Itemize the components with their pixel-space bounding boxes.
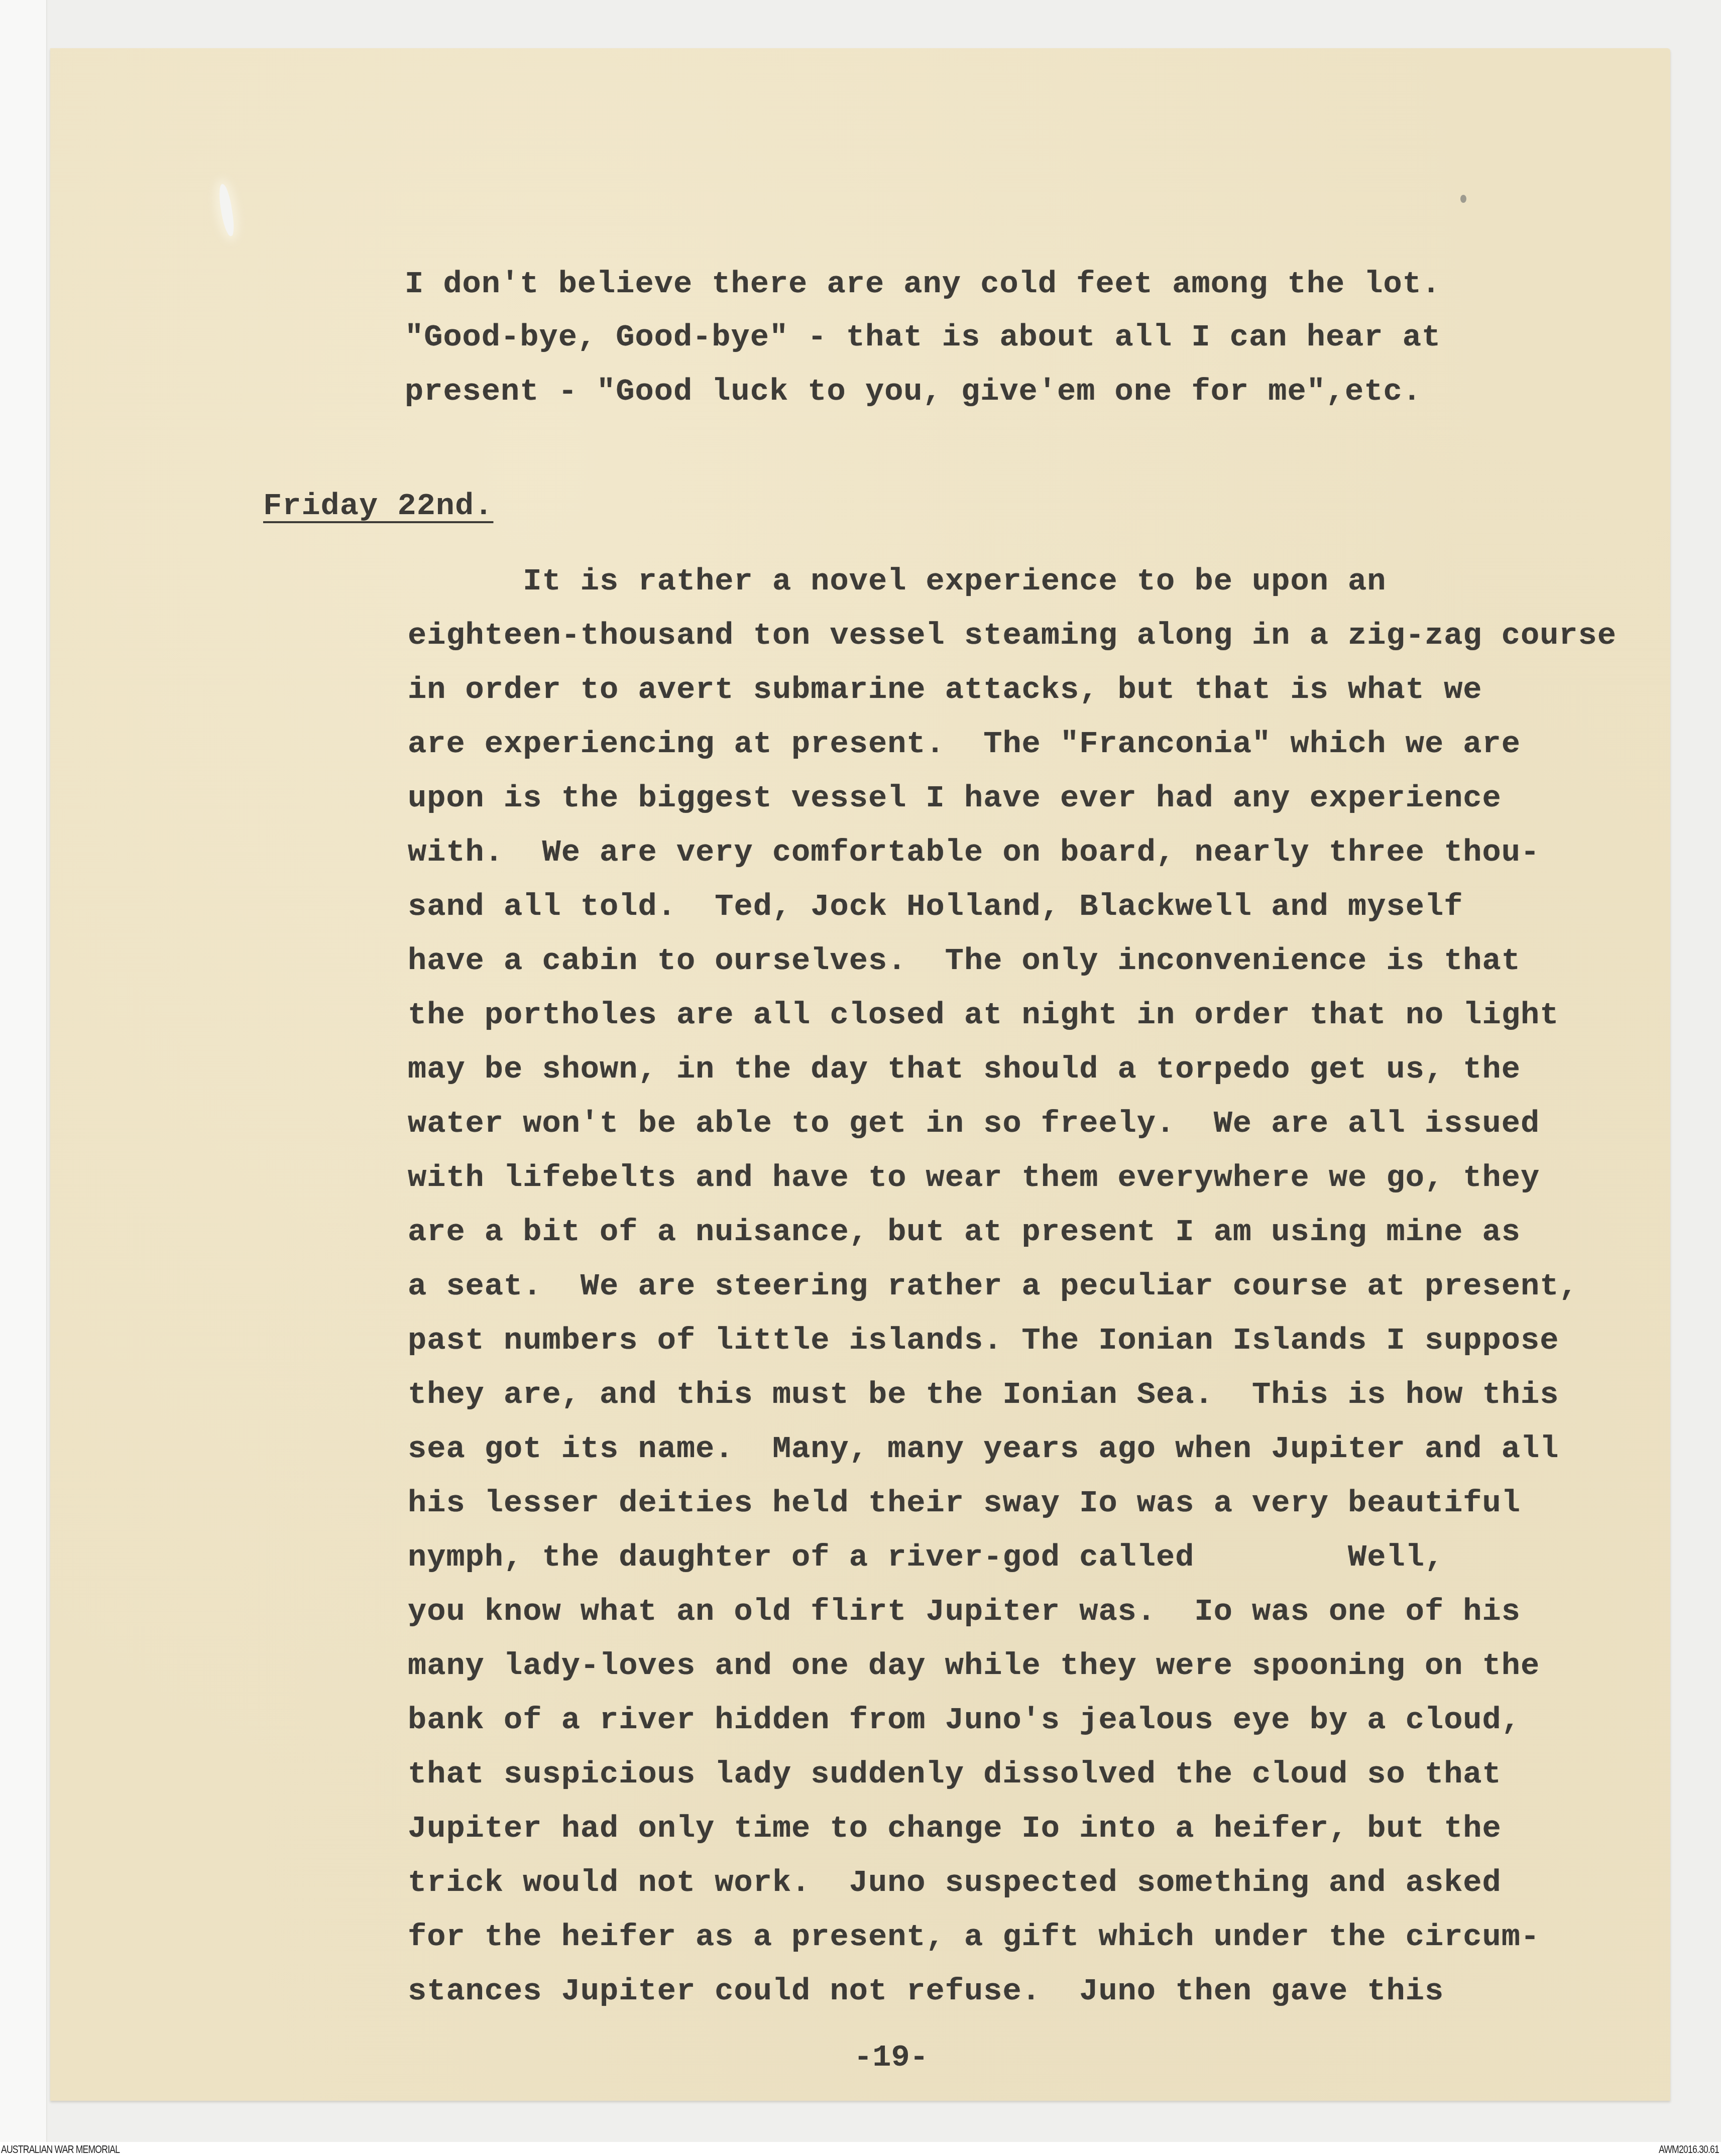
intro-paragraph: I don't believe there are any cold feet … xyxy=(405,266,443,409)
text-line: I don't believe there are any cold feet … xyxy=(405,266,1441,302)
text-line: in order to avert submarine attacks, but… xyxy=(408,672,1482,707)
accession-number: AWM2016.30.61 xyxy=(1659,2143,1719,2156)
text-line: that suspicious lady suddenly dissolved … xyxy=(408,1756,1502,1792)
text-line: with lifebelts and have to wear them eve… xyxy=(408,1160,1540,1195)
text-line: upon is the biggest vessel I have ever h… xyxy=(408,780,1502,816)
text-line: the portholes are all closed at night in… xyxy=(408,997,1559,1033)
text-line: nymph, the daughter of a river-god calle… xyxy=(408,1539,1444,1575)
text-line: they are, and this must be the Ionian Se… xyxy=(408,1377,1559,1412)
text-line: his lesser deities held their sway Io wa… xyxy=(408,1485,1521,1521)
text-line: "Good-bye, Good-bye" - that is about all… xyxy=(405,319,1441,355)
text-line: have a cabin to ourselves. The only inco… xyxy=(408,943,1521,979)
text-line: It is rather a novel experience to be up… xyxy=(408,563,1387,599)
text-line: for the heifer as a present, a gift whic… xyxy=(408,1919,1540,1955)
text-line: eighteen-thousand ton vessel steaming al… xyxy=(408,618,1617,653)
text-line: sand all told. Ted, Jock Holland, Blackw… xyxy=(408,889,1463,924)
text-line: sea got its name. Many, many years ago w… xyxy=(408,1431,1559,1467)
text-line: present - "Good luck to you, give'em one… xyxy=(405,374,1422,409)
entry-heading-date: Friday 22nd. xyxy=(263,488,493,524)
text-line: may be shown, in the day that should a t… xyxy=(408,1051,1521,1087)
page-number: -19- xyxy=(854,2040,929,2075)
entry-body-paragraph: It is rather a novel experience to be up… xyxy=(408,563,446,1562)
text-line: past numbers of little islands. The Ioni… xyxy=(408,1323,1559,1358)
text-line: trick would not work. Juno suspected som… xyxy=(408,1865,1502,1900)
text-line: bank of a river hidden from Juno's jealo… xyxy=(408,1702,1521,1738)
text-line: a seat. We are steering rather a peculia… xyxy=(408,1268,1578,1304)
text-line: are a bit of a nuisance, but at present … xyxy=(408,1214,1521,1250)
text-line: water won't be able to get in so freely.… xyxy=(408,1106,1540,1141)
text-line: are experiencing at present. The "Franco… xyxy=(408,726,1521,762)
ink-spot xyxy=(1460,195,1466,203)
text-line: stances Jupiter could not refuse. Juno t… xyxy=(408,1973,1444,2009)
archive-footer: AUSTRALIAN WAR MEMORIAL AWM2016.30.61 xyxy=(0,2142,1721,2156)
text-line: many lady-loves and one day while they w… xyxy=(408,1648,1540,1684)
punch-hole-tear xyxy=(217,183,236,237)
text-line: with. We are very comfortable on board, … xyxy=(408,834,1540,870)
scan-mount-edge xyxy=(0,0,47,2142)
text-line: you know what an old flirt Jupiter was. … xyxy=(408,1594,1521,1629)
institution-label: AUSTRALIAN WAR MEMORIAL xyxy=(1,2143,120,2156)
text-line: Jupiter had only time to change Io into … xyxy=(408,1811,1502,1846)
